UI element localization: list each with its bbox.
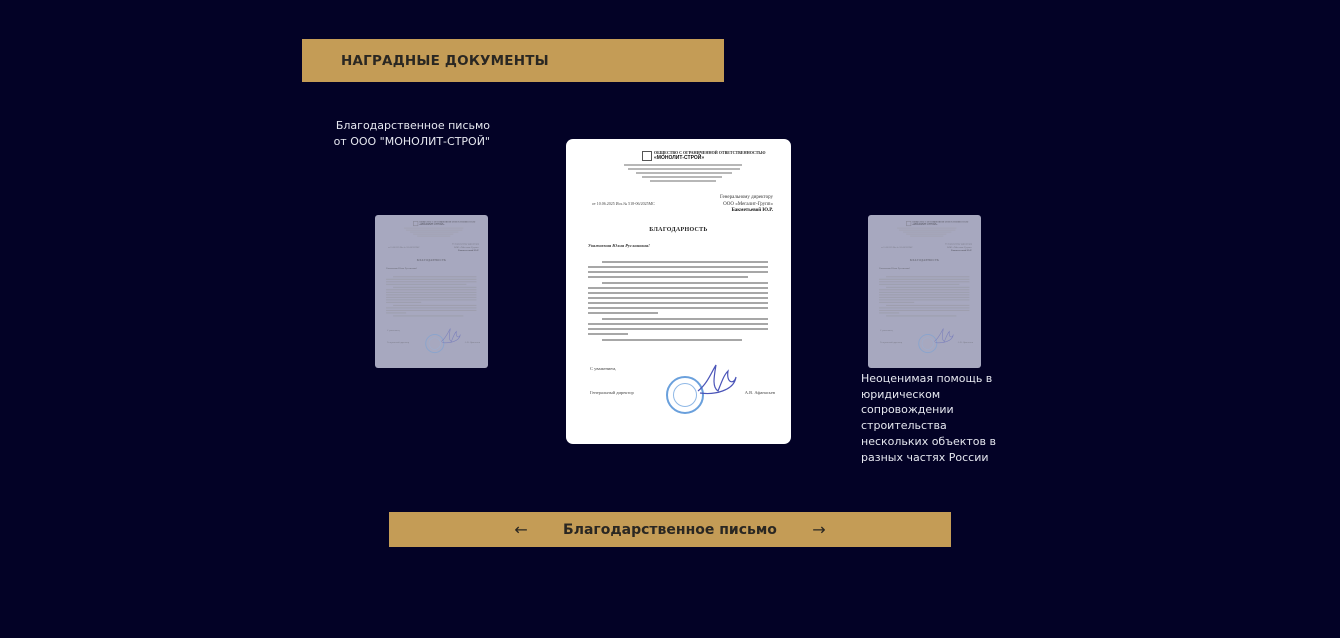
text-line: [386, 307, 476, 308]
text-line: [886, 305, 969, 306]
text-line: [386, 281, 476, 282]
letterhead-line: [624, 164, 742, 166]
letterhead-line: [899, 230, 955, 231]
letter-reference: от 10.06.2025 Исх.№ 518-06/2025МС: [388, 246, 420, 249]
text-line: [588, 328, 768, 330]
text-line: [386, 297, 476, 298]
company-logo-icon: [906, 221, 911, 226]
text-line: [886, 276, 969, 277]
letterhead-line: [406, 230, 462, 231]
letter-title: БЛАГОДАРНОСТЬ: [375, 259, 488, 262]
company-brand: «МОНОЛИТ-СТРОЙ»: [654, 155, 704, 161]
document-navigation: ← Благодарственное письмо →: [389, 512, 951, 547]
letter-preview: ОБЩЕСТВО С ОГРАНИЧЕННОЙ ОТВЕТСТВЕННОСТЬЮ…: [566, 139, 791, 444]
letterhead-line: [897, 228, 956, 229]
signer-position: Генеральный директор: [590, 390, 634, 395]
letterhead-line: [650, 180, 716, 182]
letter-reference: от 10.06.2025 Исх.№ 518-06/2025МС: [592, 201, 655, 206]
addressee-line: Бакметьевой Ю.Р.: [458, 250, 479, 253]
text-line: [393, 305, 476, 306]
letter-reference: от 10.06.2025 Исх.№ 518-06/2025МС: [881, 246, 913, 249]
document-main-image[interactable]: ОБЩЕСТВО С ОГРАНИЧЕННОЙ ОТВЕТСТВЕННОСТЬЮ…: [566, 139, 791, 444]
text-line: [886, 315, 956, 316]
document-caption-right: Неоценимая помощь в юридическом сопровож…: [861, 371, 1001, 465]
text-line: [588, 287, 768, 289]
letter-greeting: Уважаемая Юлия Руслановна!: [588, 243, 650, 248]
text-line: [588, 302, 768, 304]
section-header: НАГРАДНЫЕ ДОКУМЕНТЫ: [302, 39, 724, 82]
text-line: [879, 307, 969, 308]
letter-regards: С уважением,: [590, 366, 616, 371]
addressee-line: Бакметьевой Ю.Р.: [732, 208, 774, 213]
text-line: [602, 318, 768, 320]
letterhead-line: [413, 234, 453, 235]
signature-icon: [694, 361, 740, 401]
letter-addressee: Генеральному директору ООО «Мегалит-Груп…: [720, 195, 773, 215]
text-line: [879, 310, 969, 311]
text-line: [588, 312, 658, 314]
current-document-label: Благодарственное письмо: [563, 522, 777, 538]
letterhead-line: [636, 172, 732, 174]
signer-name: А.В. Афанасьев: [465, 341, 480, 344]
text-line: [602, 282, 768, 284]
text-line: [386, 312, 406, 313]
letter-preview: ОБЩЕСТВО С ОГРАНИЧЕННОЙ ОТВЕТСТВЕННОСТЬЮ…: [868, 215, 981, 368]
signer-name: А.В. Афанасьев: [958, 341, 973, 344]
text-line: [879, 279, 969, 280]
letter-regards: С уважением,: [880, 329, 893, 332]
text-line: [386, 299, 476, 300]
text-line: [588, 271, 768, 273]
company-logo-icon: [413, 221, 418, 226]
text-line: [386, 310, 476, 311]
text-line: [386, 292, 476, 293]
letterhead-line: [906, 234, 946, 235]
letterhead-line: [642, 176, 722, 178]
document-thumbnail-next[interactable]: ОБЩЕСТВО С ОГРАНИЧЕННОЙ ОТВЕТСТВЕННОСТЬЮ…: [868, 215, 981, 368]
text-line: [588, 323, 768, 325]
text-line: [386, 294, 476, 295]
text-line: [393, 315, 463, 316]
text-line: [602, 339, 742, 341]
text-line: [879, 312, 899, 313]
text-line: [386, 284, 466, 285]
text-line: [879, 294, 969, 295]
text-line: [602, 261, 768, 263]
letterhead-line: [417, 236, 450, 237]
company-brand: «МОНОЛИТ-СТРОЙ»: [912, 223, 937, 226]
section-title: НАГРАДНЫЕ ДОКУМЕНТЫ: [341, 53, 549, 69]
signature-icon: [932, 326, 955, 346]
text-line: [588, 292, 768, 294]
letterhead-line: [410, 232, 458, 233]
text-line: [386, 302, 421, 303]
letter-addressee: Генеральному директору ООО «Мегалит-Груп…: [945, 243, 972, 253]
text-line: [588, 266, 768, 268]
text-line: [393, 276, 476, 277]
text-line: [588, 276, 748, 278]
text-line: [588, 307, 768, 309]
letterhead-line: [404, 228, 463, 229]
text-line: [879, 297, 969, 298]
letter-greeting: Уважаемая Юлия Руслановна!: [879, 267, 910, 270]
text-line: [393, 287, 476, 288]
letter-preview: ОБЩЕСТВО С ОГРАНИЧЕННОЙ ОТВЕТСТВЕННОСТЬЮ…: [375, 215, 488, 368]
document-caption-left: Благодарственное письмо от ООО "МОНОЛИТ-…: [330, 118, 490, 149]
text-line: [879, 289, 969, 290]
letterhead-line: [910, 236, 943, 237]
text-line: [879, 284, 959, 285]
company-brand: «МОНОЛИТ-СТРОЙ»: [419, 223, 444, 226]
text-line: [879, 281, 969, 282]
text-line: [886, 287, 969, 288]
signature-icon: [439, 326, 462, 346]
letter-regards: С уважением,: [387, 329, 400, 332]
text-line: [588, 333, 628, 335]
signer-position: Генеральный директор: [880, 341, 902, 344]
arrow-left-icon[interactable]: ←: [503, 522, 539, 538]
letter-title: БЛАГОДАРНОСТЬ: [868, 259, 981, 262]
text-line: [588, 297, 768, 299]
text-line: [386, 289, 476, 290]
letterhead-line: [628, 168, 740, 170]
letter-addressee: Генеральному директору ООО «Мегалит-Груп…: [452, 243, 479, 253]
company-logo-icon: [642, 151, 652, 161]
letterhead-line: [903, 232, 951, 233]
addressee-line: Бакметьевой Ю.Р.: [951, 250, 972, 253]
addressee-line: Генеральному директору: [720, 195, 773, 202]
text-line: [879, 302, 914, 303]
arrow-right-icon[interactable]: →: [801, 522, 837, 538]
letter-title: БЛАГОДАРНОСТЬ: [566, 227, 791, 233]
letter-greeting: Уважаемая Юлия Руслановна!: [386, 267, 417, 270]
text-line: [879, 299, 969, 300]
signer-name: А.В. Афанасьев: [745, 390, 775, 395]
text-line: [386, 279, 476, 280]
signer-position: Генеральный директор: [387, 341, 409, 344]
document-thumbnail-prev[interactable]: ОБЩЕСТВО С ОГРАНИЧЕННОЙ ОТВЕТСТВЕННОСТЬЮ…: [375, 215, 488, 368]
text-line: [879, 292, 969, 293]
